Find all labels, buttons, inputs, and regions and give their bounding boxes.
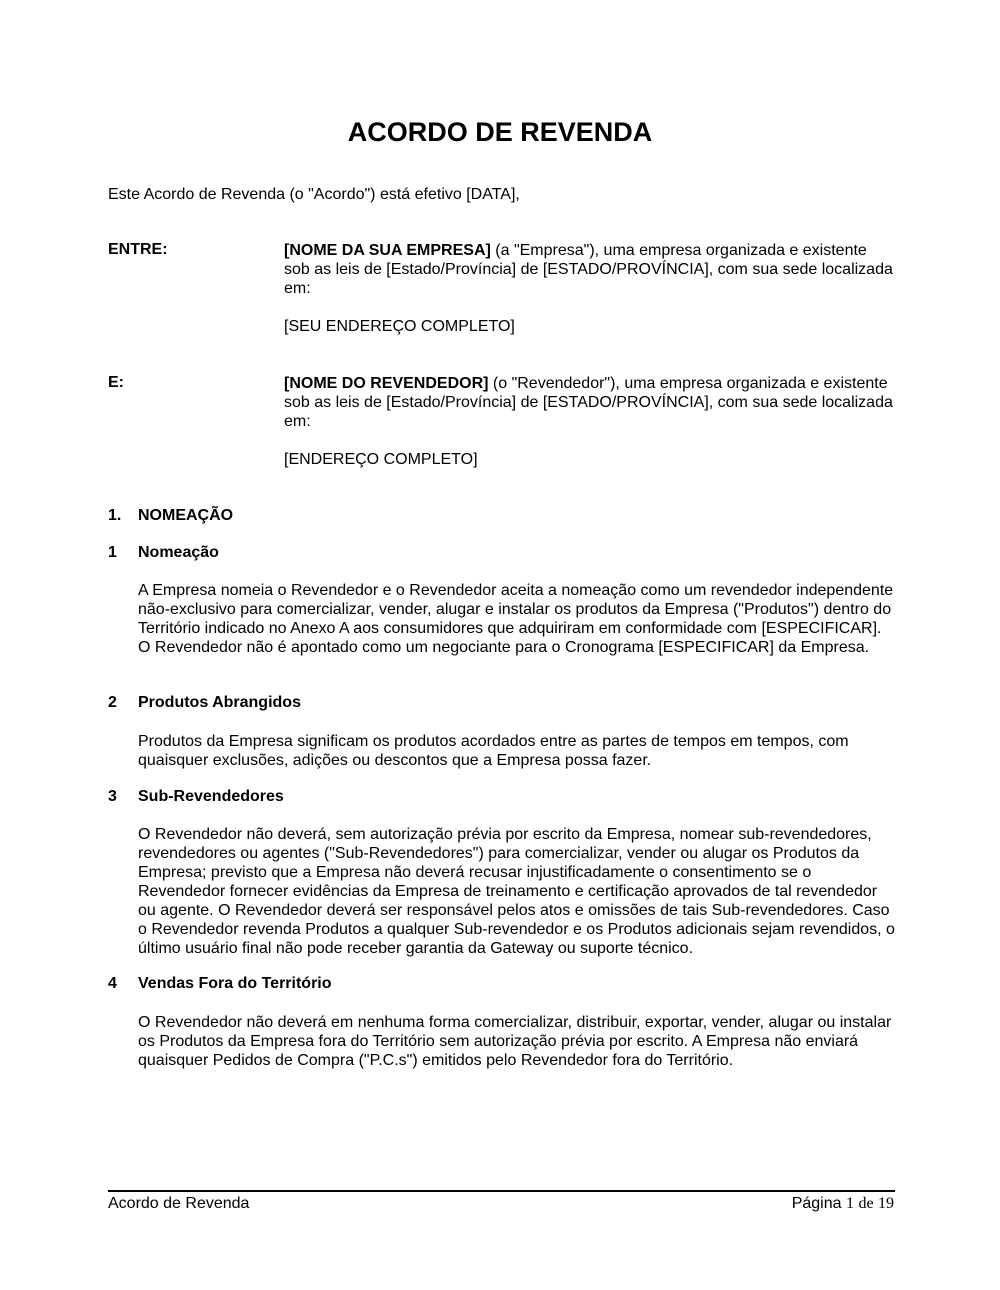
section-text: A Empresa nomeia o Revendedor e o Revend… <box>138 581 898 657</box>
section-number: 2 <box>108 694 138 712</box>
section-heading: 3Sub-Revendedores <box>108 788 284 806</box>
section-heading: 4Vendas Fora do Território <box>108 975 332 993</box>
section-number: 3 <box>108 788 138 806</box>
footer-divider <box>108 1190 895 1192</box>
party-body: [NOME DO REVENDEDOR] (o "Revendedor"), u… <box>284 374 894 469</box>
chapter-number: 1. <box>108 507 138 525</box>
section-number: 1 <box>108 544 138 562</box>
party-body: [NOME DA SUA EMPRESA] (a "Empresa"), uma… <box>284 241 894 336</box>
section-text: O Revendedor não deverá, sem autorização… <box>138 825 898 958</box>
section-title: Vendas Fora do Território <box>138 975 332 992</box>
party-name: [NOME DA SUA EMPRESA] <box>284 242 491 259</box>
page-total: 19 <box>878 1195 894 1212</box>
document-title: ACORDO DE REVENDA <box>0 117 1000 148</box>
section-number: 4 <box>108 975 138 993</box>
page-of: de <box>858 1195 873 1212</box>
document-page: ACORDO DE REVENDA Este Acordo de Revenda… <box>0 0 1000 1290</box>
section-title: Nomeação <box>138 544 219 561</box>
party-label: E: <box>108 374 124 392</box>
page-label: Página <box>792 1195 842 1212</box>
party-label: ENTRE: <box>108 241 168 259</box>
section-heading: 2Produtos Abrangidos <box>108 694 301 712</box>
party-address: [ENDEREÇO COMPLETO] <box>284 450 894 469</box>
section-heading: 1Nomeação <box>108 544 219 562</box>
chapter-title: NOMEAÇÃO <box>138 507 233 524</box>
footer-page-number: Página 1 de 19 <box>792 1195 894 1213</box>
section-text: Produtos da Empresa significam os produt… <box>138 732 898 770</box>
footer-document-name: Acordo de Revenda <box>108 1195 249 1213</box>
section-title: Sub-Revendedores <box>138 788 284 805</box>
chapter-heading: 1.NOMEAÇÃO <box>108 507 233 525</box>
page-current: 1 <box>846 1195 854 1212</box>
section-title: Produtos Abrangidos <box>138 694 301 711</box>
party-address: [SEU ENDEREÇO COMPLETO] <box>284 317 894 336</box>
intro-paragraph: Este Acordo de Revenda (o "Acordo") está… <box>108 186 520 204</box>
party-name: [NOME DO REVENDEDOR] <box>284 375 488 392</box>
section-text: O Revendedor não deverá em nenhuma forma… <box>138 1013 898 1070</box>
